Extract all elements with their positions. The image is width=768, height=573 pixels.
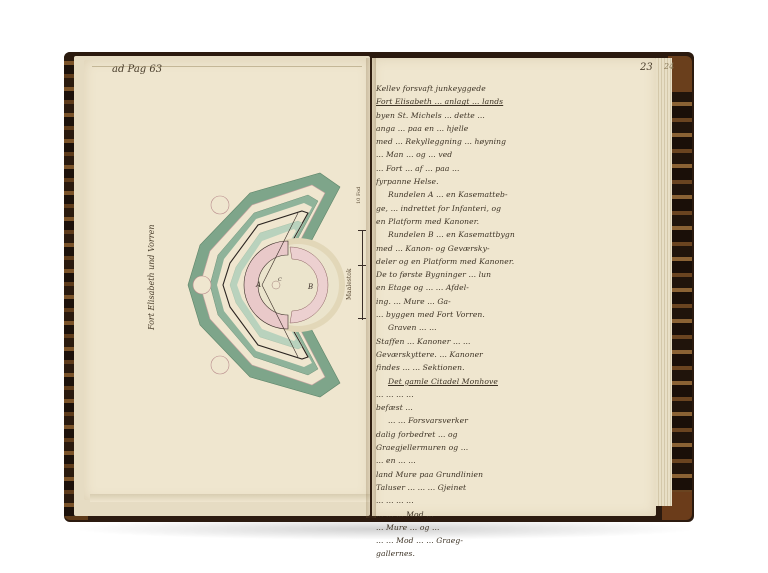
fortification-plan: A B C bbox=[180, 165, 360, 405]
next-page-number: 24 bbox=[664, 62, 674, 71]
scale-label: Maalestok bbox=[346, 268, 353, 300]
left-page-fold bbox=[90, 494, 370, 502]
page-number: 23 bbox=[640, 62, 653, 73]
text-line: med ... Kanon- og Geværsky- bbox=[376, 242, 526, 255]
text-line: Rundelen A ... en Kasematteb- bbox=[376, 188, 526, 201]
scale-unit-label: 10 Fod bbox=[356, 187, 362, 204]
scale-tick-top bbox=[358, 230, 366, 231]
text-line: Staffen ... Kanoner ... ... bbox=[376, 335, 526, 348]
text-line: findes ... ... Sektionen. bbox=[376, 361, 526, 374]
text-line: ... ... Forsvarsverker bbox=[376, 414, 526, 427]
text-line: ge, ... indrettet for Infanteri, og bbox=[376, 202, 526, 215]
text-line: Rundelen B ... en Kasemattbygn bbox=[376, 228, 526, 241]
plan-title: Fort Elisabeth und Vorren bbox=[147, 190, 156, 330]
text-line: befæst ... bbox=[376, 401, 526, 414]
text-line: Geværskyttere. ... Kanoner bbox=[376, 348, 526, 361]
text-line: Graegjellermuren og ... bbox=[376, 441, 526, 454]
text-line: ... ... ... ... bbox=[376, 494, 526, 507]
text-line: byen St. Michels ... dette ... bbox=[376, 109, 526, 122]
handwritten-text: Kellev forsvaft junkeyggede Fort Elisabe… bbox=[376, 82, 526, 561]
text-line: en Etage og ... ... Afdel- bbox=[376, 281, 526, 294]
text-line: Taluser ... ... ... Gjeinet bbox=[376, 481, 526, 494]
text-line: med ... Rekylleggning ... høyning bbox=[376, 135, 526, 148]
text-line: ... ... ... Mod ... bbox=[376, 508, 526, 521]
text-line: anga ... paa en ... hjelle bbox=[376, 122, 526, 135]
text-line: ... byggen med Fort Vorren. bbox=[376, 308, 526, 321]
text-line-underlined: Det gamle Citadel Monhove bbox=[376, 375, 526, 388]
text-line: land Mure paa Grundlinien bbox=[376, 468, 526, 481]
text-line: en Platform med Kanoner. bbox=[376, 215, 526, 228]
bastion-bottom bbox=[211, 356, 229, 374]
scale-bar bbox=[362, 230, 363, 320]
text-line: ... Mure ... og ... bbox=[376, 521, 526, 534]
text-line: ... ... Mod ... ... Graeg- bbox=[376, 534, 526, 547]
scale-tick-mid bbox=[358, 265, 366, 266]
bastion-middle bbox=[193, 276, 211, 294]
bastion-top bbox=[211, 196, 229, 214]
text-line-underlined: Fort Elisabeth ... anlagt ... lands bbox=[376, 95, 526, 108]
text-line: deler og en Platform med Kanoner. bbox=[376, 255, 526, 268]
marbled-cover-right bbox=[670, 60, 692, 518]
text-line: ing. ... Mure ... Ga- bbox=[376, 295, 526, 308]
book-gutter bbox=[366, 58, 376, 518]
text-line: ... ... ... ... bbox=[376, 388, 526, 401]
text-line: De to første Bygninger ... lun bbox=[376, 268, 526, 281]
text-line: Kellev forsvaft junkeyggede bbox=[376, 82, 526, 95]
label-c: C bbox=[278, 277, 282, 283]
text-line: dalig forbedret ... og bbox=[376, 428, 526, 441]
text-line: ... en ... ... bbox=[376, 454, 526, 467]
text-line: gallernes. bbox=[376, 547, 526, 560]
text-line: fyrpanne Helse. bbox=[376, 175, 526, 188]
page-reference: ad Pag 63 bbox=[112, 64, 162, 75]
text-line: ... Fort ... af ... paa ... bbox=[376, 162, 526, 175]
text-line: Graven ... ... bbox=[376, 321, 526, 334]
label-a: A bbox=[255, 281, 261, 289]
scale-tick-bot bbox=[358, 318, 366, 319]
label-b: B bbox=[307, 283, 313, 291]
text-line: ... Man ... og ... ved bbox=[376, 148, 526, 161]
